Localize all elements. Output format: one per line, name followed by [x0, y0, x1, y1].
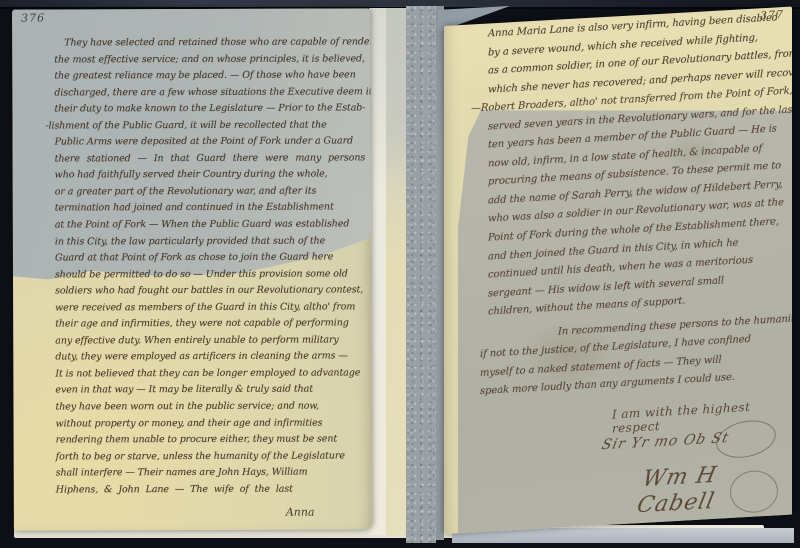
manuscript-line: the greatest reliance may be placed. — O… [12, 67, 370, 85]
manuscript-line: Hiphens, & John Lane — The wife of the l… [14, 481, 372, 499]
manuscript-line: even in that way — It may be literally &… [13, 382, 371, 400]
page-number-left: 376 [21, 12, 45, 25]
spine-marbled-strip [406, 6, 436, 543]
manuscript-line: soldiers who had fought our battles in o… [13, 283, 371, 301]
manuscript-line: were received as members of the Guard in… [13, 299, 371, 317]
manuscript-line: there stationed — In that Guard there we… [13, 150, 371, 168]
manuscript-line: at the Point of Fork — When the Public G… [13, 216, 371, 234]
manuscript-line: -lishment of the Public Guard, it will b… [12, 117, 370, 135]
manuscript-line: Guard at that Point of Fork as chose to … [13, 249, 371, 267]
manuscript-photo: 376 They have selected and retained thos… [0, 0, 800, 548]
catchword: Anna [286, 506, 315, 519]
left-page-text: They have selected and retained those wh… [12, 34, 372, 499]
manuscript-line: their duty to make known to the Legislat… [12, 101, 370, 119]
manuscript-line: any effective duty. When entirely unable… [13, 332, 371, 350]
manuscript-line: the most effective service; and on whose… [12, 51, 370, 69]
manuscript-line: without property or money, and their age… [14, 415, 372, 433]
gutter-page-edge-cream [386, 8, 406, 536]
manuscript-line: they have been worn out in the public se… [13, 398, 371, 416]
manuscript-line: rendering them unable to procure either,… [14, 431, 372, 449]
manuscript-line: Public Arms were deposited at the Point … [13, 134, 371, 152]
manuscript-line: their age and infirmities, they were not… [13, 316, 371, 334]
manuscript-line: It is not believed that they can be long… [13, 365, 371, 383]
manuscript-line: discharged, there are a few whose situat… [12, 84, 370, 102]
left-page: 376 They have selected and retained thos… [12, 8, 372, 530]
manuscript-line: in this City, the law particularly provi… [13, 233, 371, 251]
manuscript-line: forth to beg or starve, unless the human… [14, 448, 372, 466]
right-page: 377 Anna Maria Lane is also very infirm,… [444, 7, 792, 534]
manuscript-line: duty, they were employed as artificers i… [13, 349, 371, 367]
manuscript-line: They have selected and retained those wh… [12, 34, 370, 52]
manuscript-line: shall interfere — Their names are John H… [14, 465, 372, 483]
manuscript-line: should be permitted to do so — Under thi… [13, 266, 371, 284]
right-page-paragraph-1: Anna Maria Lane is also very infirm, hav… [444, 9, 792, 325]
manuscript-line: or a greater part of the Revolutionary w… [13, 183, 371, 201]
gutter-shadow-strip [436, 6, 444, 540]
manuscript-line: termination had joined and continued in … [13, 200, 371, 218]
manuscript-line: who had faithfully served their Country … [13, 167, 371, 185]
right-page-text: Anna Maria Lane is also very infirm, hav… [444, 9, 792, 404]
